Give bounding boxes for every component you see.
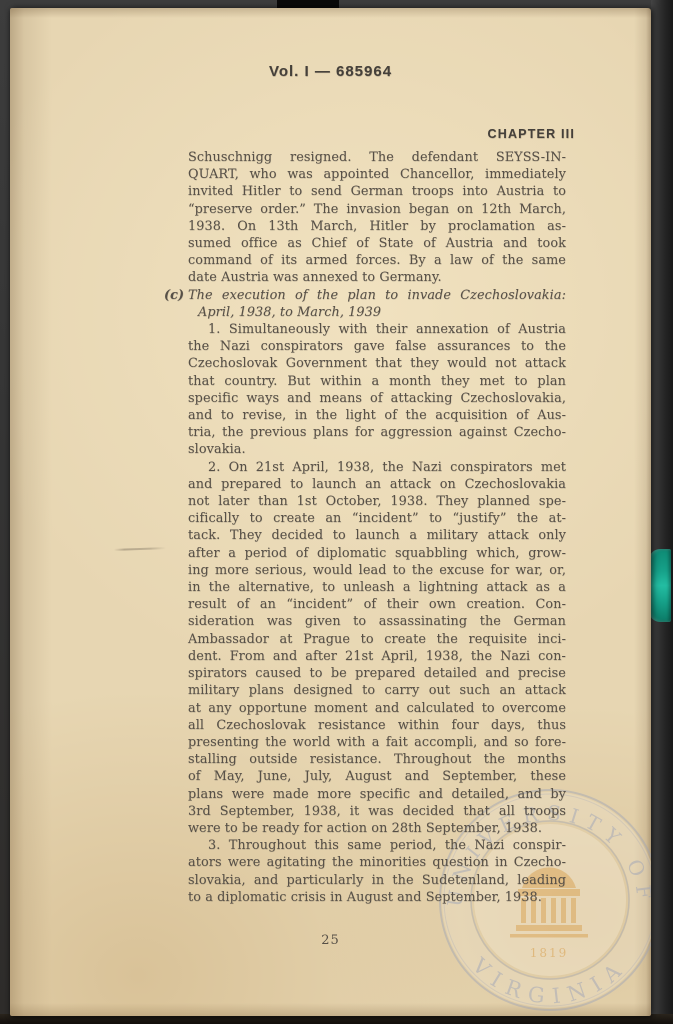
text-line: 1938. On 13th March, Hitler by proclamat… <box>188 218 566 235</box>
text-line: 1. Simultaneously with their annexation … <box>188 321 566 338</box>
text-line: of May, June, July, August and September… <box>188 768 566 785</box>
text-line: and prepared to launch an attack on Czec… <box>188 476 566 493</box>
text-line: tack. They decided to launch a military … <box>188 527 566 544</box>
paragraph-1: 1. Simultaneously with their annexation … <box>188 321 566 459</box>
text-line: ators were agitating the minorities ques… <box>188 854 566 871</box>
section-c-heading: (c) The execution of the plan to invade … <box>188 287 566 321</box>
text-line: specific ways and means of attacking Cze… <box>188 390 566 407</box>
text-line: “preserve order.” The invasion began on … <box>188 201 566 218</box>
text-line: dent. From and after 21st April, 1938, t… <box>188 648 566 665</box>
text-line: military plans designed to carry out suc… <box>188 682 566 699</box>
paragraph-2: 2. On 21st April, 1938, the Nazi conspir… <box>188 459 566 837</box>
text-line: not later than 1st October, 1938. They p… <box>188 493 566 510</box>
text-line: 3. Throughout this same period, the Nazi… <box>188 837 566 854</box>
text-line: 2. On 21st April, 1938, the Nazi conspir… <box>188 459 566 476</box>
text-line: cifically to create an “incident” to “ju… <box>188 510 566 527</box>
text-line: Czechoslovak Government that they would … <box>188 355 566 372</box>
text-line: ing more serious, would lead to the excu… <box>188 562 566 579</box>
text-line: that country. But within a month they me… <box>188 373 566 390</box>
text-line: to a diplomatic crisis in August and Sep… <box>188 889 566 906</box>
section-c-heading-line2: April, 1938, to March, 1939 <box>198 304 566 321</box>
paragraph-3: 3. Throughout this same period, the Nazi… <box>188 837 566 906</box>
text-line: slovakia, and particularly in the Sudete… <box>188 872 566 889</box>
text-line: date Austria was annexed to Germany. <box>188 269 566 286</box>
pencil-mark <box>114 547 166 551</box>
text-line: plans were made more specific and detail… <box>188 786 566 803</box>
scanned-page: UNIVERSITY OF VIRGINIA 1819 Vol. I — 685… <box>10 8 651 1016</box>
text-line: in the alternative, to unleash a lightni… <box>188 579 566 596</box>
volume-header: Vol. I — 685964 <box>10 63 651 80</box>
text-line: stalling outside resistance. Throughout … <box>188 751 566 768</box>
text-line: invited Hitler to send German troops int… <box>188 183 566 200</box>
text-line: presenting the world with a fait accompl… <box>188 734 566 751</box>
bookmark-tab <box>649 549 671 622</box>
text-line: all Czechoslovak resistance within four … <box>188 717 566 734</box>
text-column: Schuschnigg resigned. The defendant SEYS… <box>188 149 566 906</box>
text-line: and to revise, in the light of the acqui… <box>188 407 566 424</box>
chapter-header: CHAPTER III <box>487 127 575 141</box>
text-line: tria, the previous plans for aggression … <box>188 424 566 441</box>
text-line: spirators caused to be prepared detailed… <box>188 665 566 682</box>
paragraph-intro: Schuschnigg resigned. The defendant SEYS… <box>188 149 566 287</box>
text-line: slovakia. <box>188 441 566 458</box>
section-c-heading-line1: The execution of the plan to invade Czec… <box>188 287 566 304</box>
text-line: Ambassador at Prague to create the requi… <box>188 631 566 648</box>
page-number: 25 <box>10 933 651 948</box>
text-line: command of its armed forces. By a law of… <box>188 252 566 269</box>
text-line: Schuschnigg resigned. The defendant SEYS… <box>188 149 566 166</box>
text-line: were to be ready for action on 28th Sept… <box>188 820 566 837</box>
text-line: 3rd September, 1938, it was decided that… <box>188 803 566 820</box>
text-line: sumed office as Chief of State of Austri… <box>188 235 566 252</box>
section-c-label: (c) <box>164 287 184 304</box>
text-line: after a period of diplomatic squabbling … <box>188 545 566 562</box>
text-line: the Nazi conspirators gave false assuran… <box>188 338 566 355</box>
text-line: sideration was given to assassinating th… <box>188 613 566 630</box>
text-line: at any opportune moment and calculated t… <box>188 700 566 717</box>
text-line: QUART, who was appointed Chancellor, imm… <box>188 166 566 183</box>
seal-year: 1819 <box>530 946 569 960</box>
background-right-edge <box>651 0 673 1024</box>
text-line: result of an “incident” of their own cre… <box>188 596 566 613</box>
